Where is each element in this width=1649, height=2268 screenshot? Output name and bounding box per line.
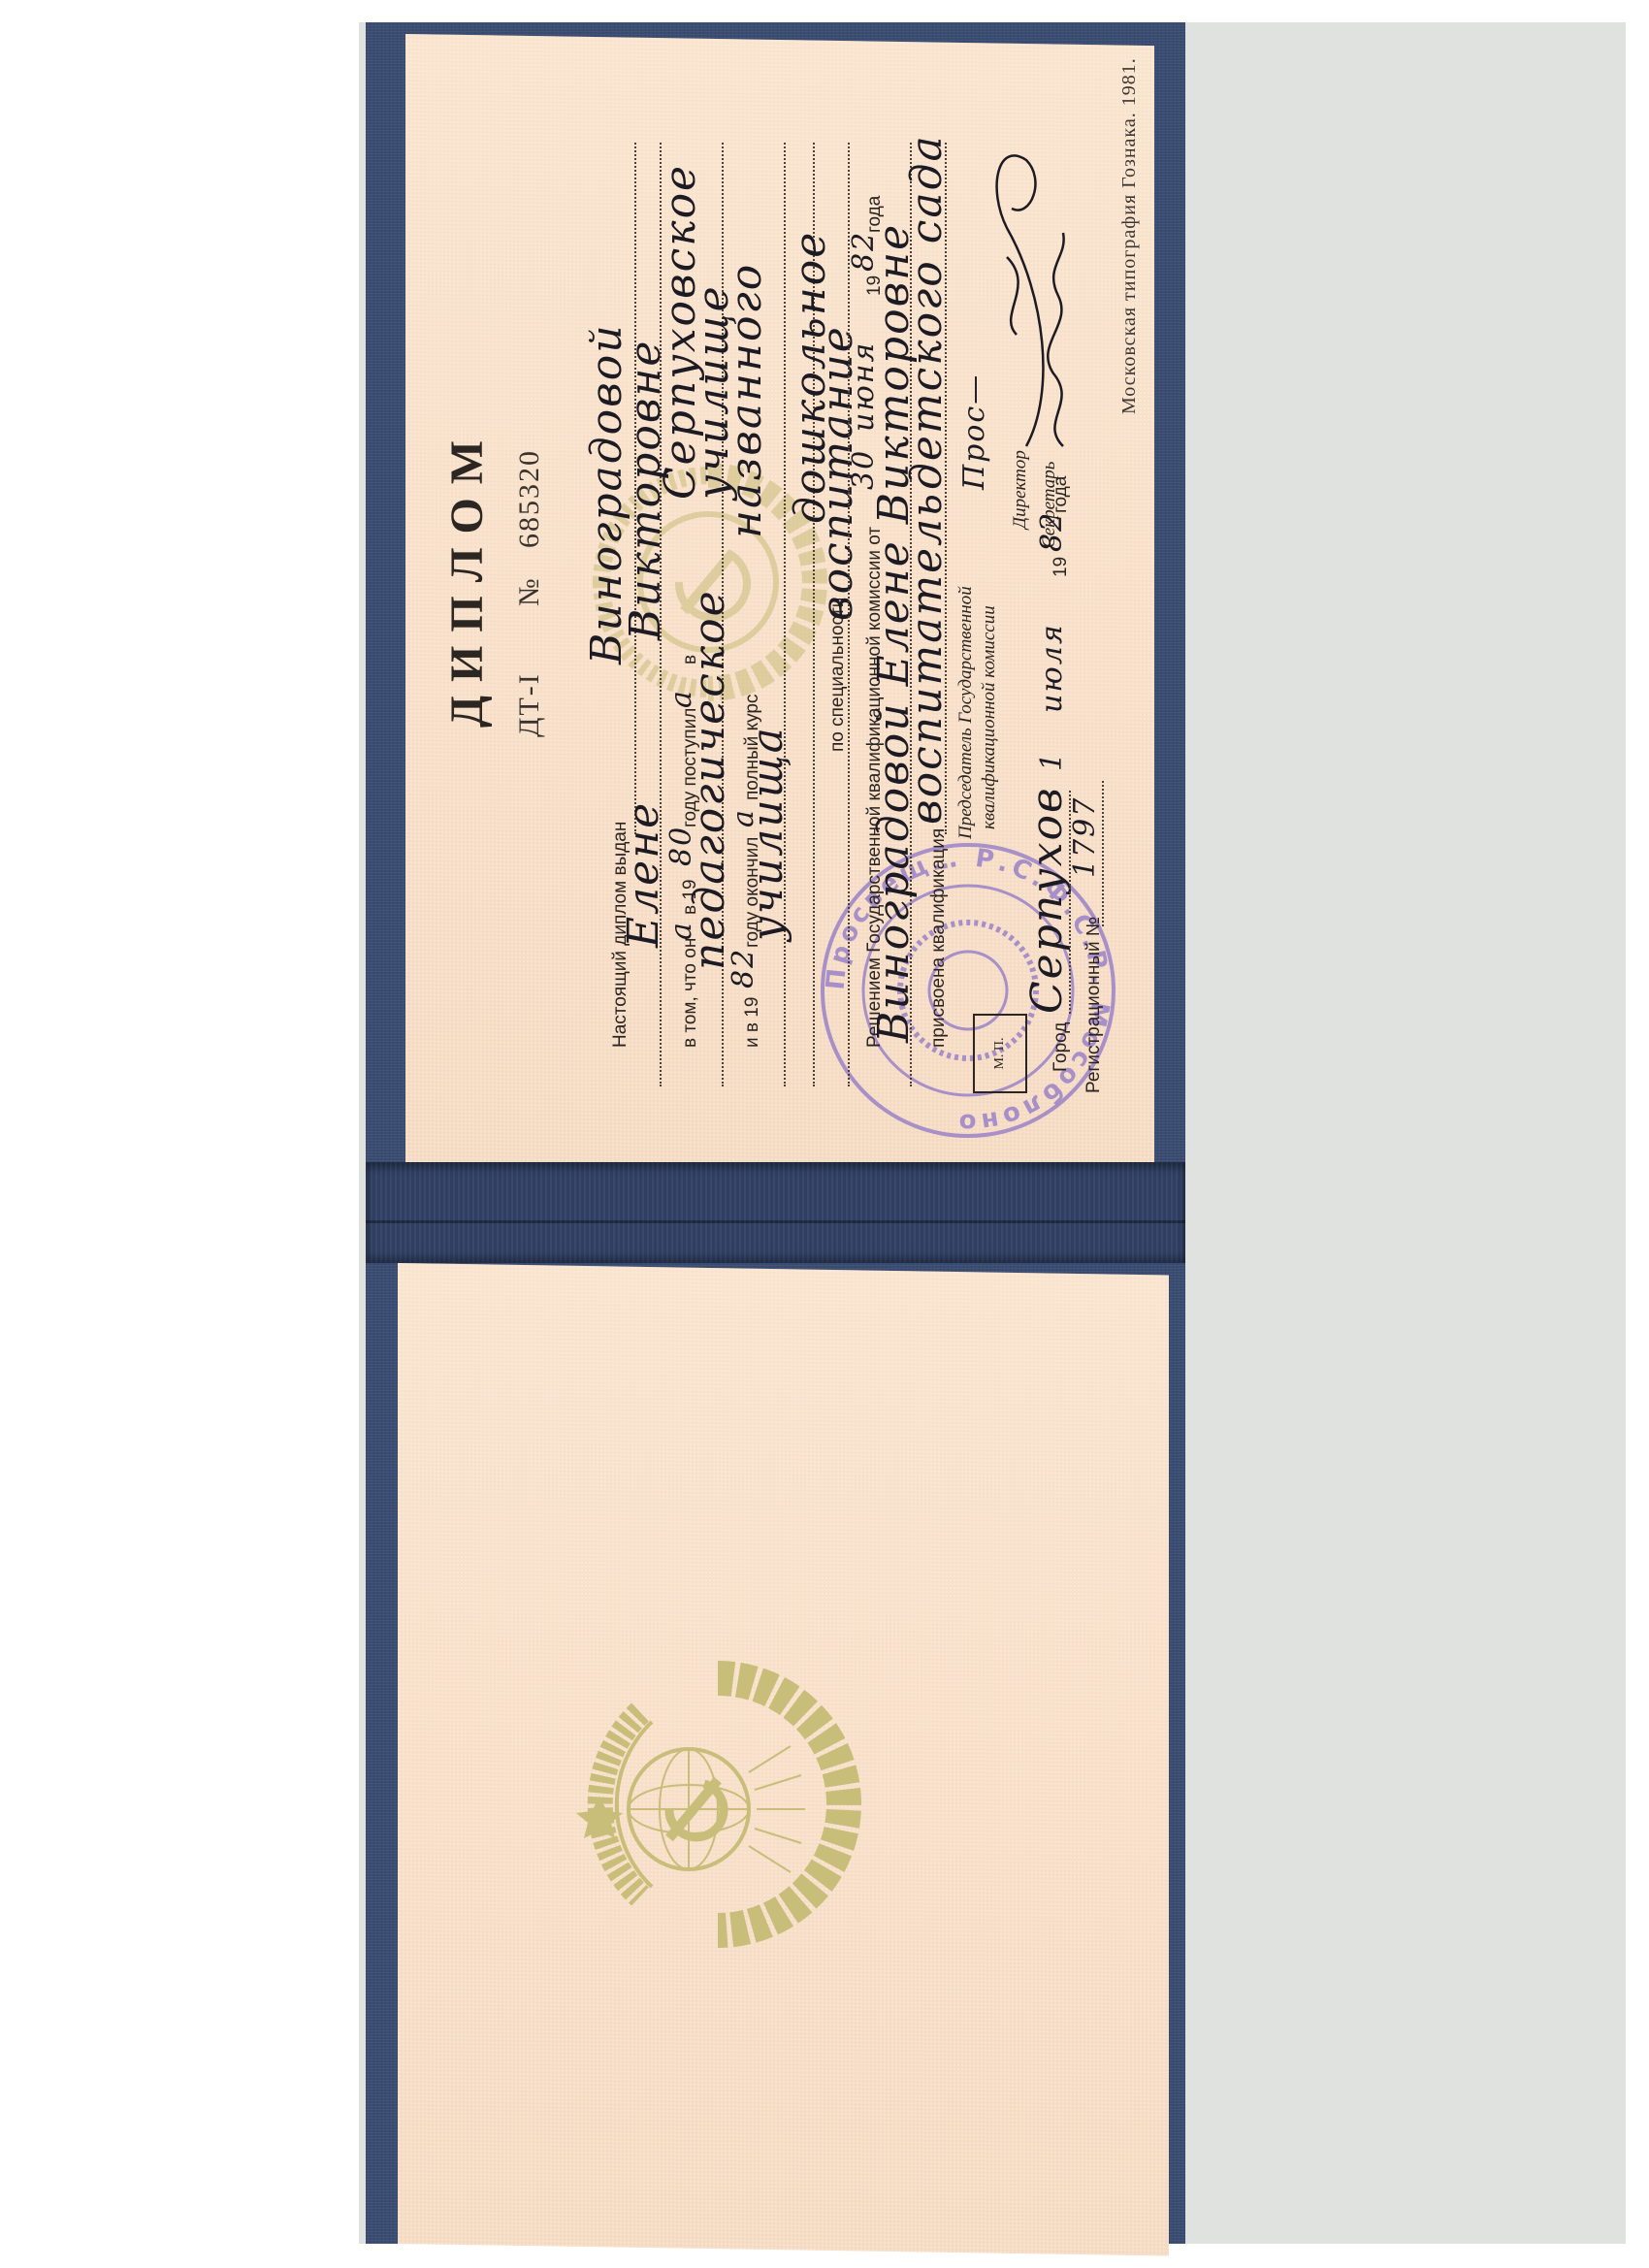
and-in-label: и в 19 xyxy=(743,997,761,1048)
city-label: Город xyxy=(1051,1022,1070,1072)
dotted-line xyxy=(1102,781,1104,926)
seal-place-label: М. П. xyxy=(992,1037,1008,1069)
qualification-part2: детского сада xyxy=(906,134,949,490)
issue-year: 82 xyxy=(1038,511,1067,552)
diploma-number: 685320 xyxy=(515,449,544,548)
diploma-series: ДТ-I xyxy=(515,672,544,737)
dotted-line xyxy=(945,143,947,834)
diploma-text-frame: ДИПЛОМ ДТ-I № 685320 Настоящий диплом вы… xyxy=(405,34,1154,1169)
graduated-year: 82 xyxy=(729,948,759,988)
seal-place-box: М. П. xyxy=(973,1014,1027,1093)
chairman-label-1: Председатель Государственной xyxy=(956,586,975,839)
issue-year-prefix: 19 xyxy=(1051,557,1070,577)
institution-part2: педагогическое xyxy=(689,589,731,970)
coat-of-arms-icon xyxy=(572,1654,873,1955)
issue-month: июля xyxy=(1038,623,1067,713)
dotted-line xyxy=(848,143,850,1086)
registration-number: 1797 xyxy=(1071,796,1100,878)
number-sign: № xyxy=(515,576,544,606)
secretary-signature-icon xyxy=(1034,228,1083,451)
spine-fold xyxy=(366,1220,1185,1223)
scanner-bed-right xyxy=(1185,22,1626,2244)
chairman-signature: Прос— xyxy=(960,373,989,490)
city-handwritten: Серпухов xyxy=(1026,786,1069,1014)
qualification-label: присвоена квалификация xyxy=(929,828,948,1048)
diploma-text: ДИПЛОМ ДТ-I № 685320 Настоящий диплом вы… xyxy=(405,34,1154,1169)
first-name-handwritten: Елене xyxy=(623,801,665,948)
diploma-title: ДИПЛОМ xyxy=(444,427,491,728)
school-word: училища xyxy=(747,726,790,941)
director-label: Директор xyxy=(1011,450,1029,529)
issue-year-suffix: года xyxy=(1051,476,1070,513)
qualification-part1: воспитатель xyxy=(906,492,949,825)
chairman-label-2: квалификационной комиссии xyxy=(980,605,998,829)
scanner-bed-left xyxy=(359,22,366,2244)
registration-label: Регистрационный № xyxy=(1084,917,1103,1093)
issue-day: 1 xyxy=(1038,751,1067,771)
named-word: названного xyxy=(726,263,768,538)
cover-spine xyxy=(366,1162,1185,1263)
printer-imprint: Московская типография Гознака. 1981. xyxy=(1119,57,1139,414)
